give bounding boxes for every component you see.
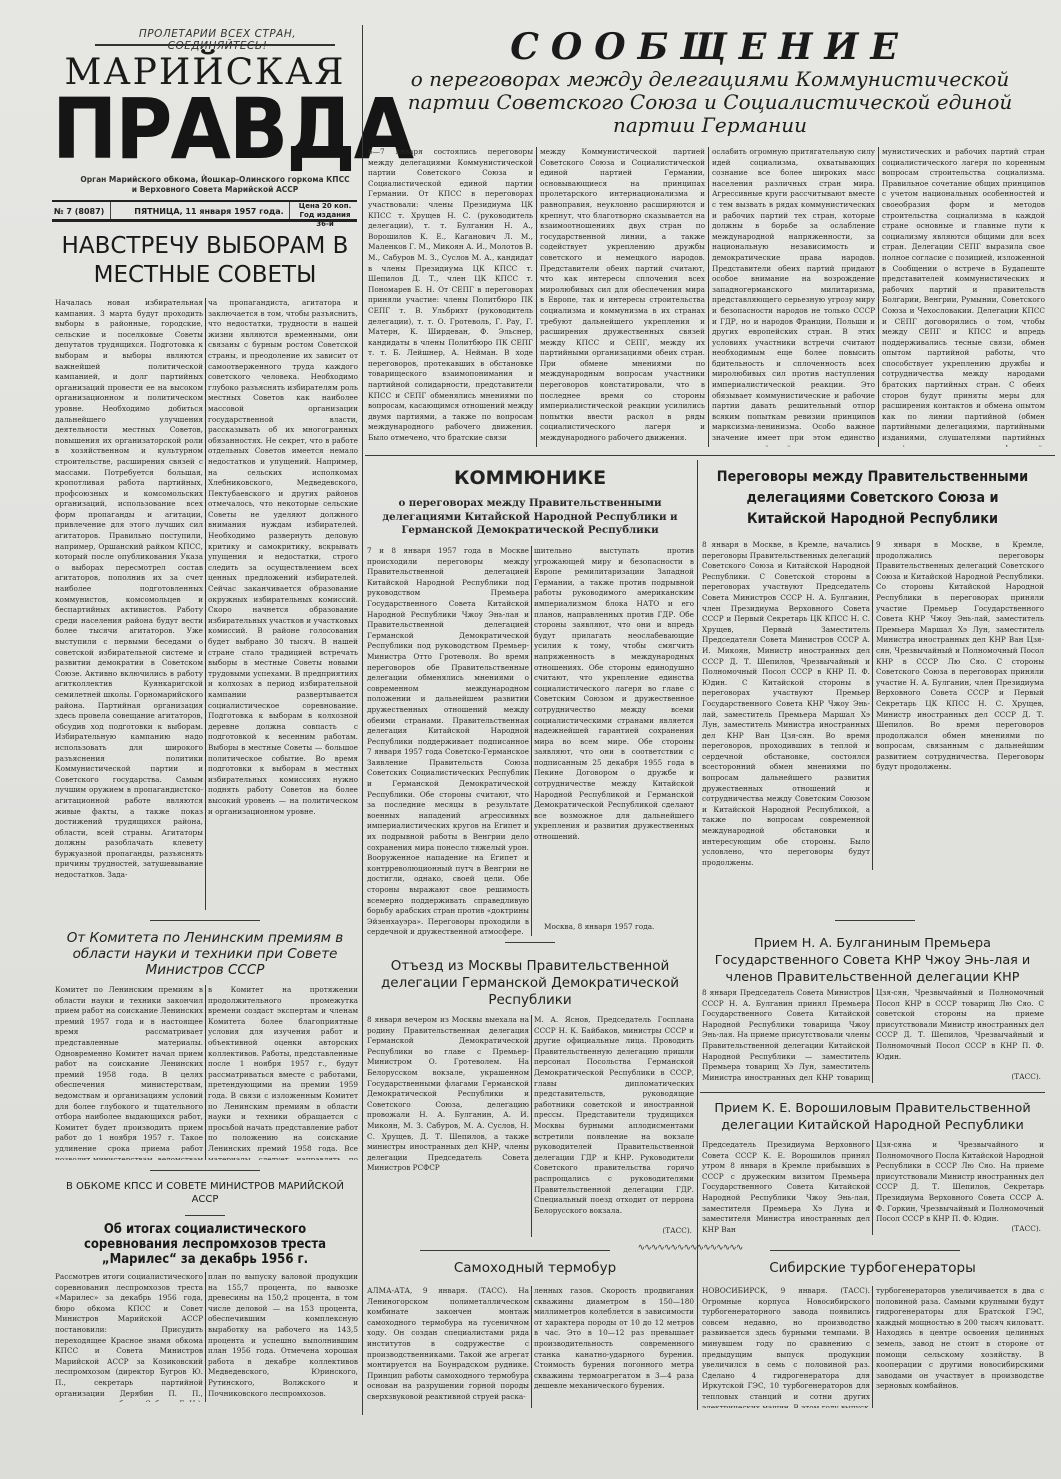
year-text: Год издания 36-й <box>300 211 351 228</box>
section-divider <box>770 1250 960 1251</box>
priem-voroshilov-headline: Прием К. Е. Ворошиловым Правительственно… <box>700 1100 1045 1134</box>
article-body: М. А. Яснов, Председатель Госплана СССР … <box>534 1015 694 1225</box>
short-divider <box>505 942 555 943</box>
column-divider <box>697 1260 698 1410</box>
soobshchenie-headline: СООБЩЕНИЕ <box>370 26 1050 68</box>
column-divider <box>205 1272 206 1402</box>
newspaper-page: ПРОЛЕТАРИИ ВСЕХ СТРАН, СОЕДИНЯЙТЕСЬ! МАР… <box>0 0 1061 1479</box>
kommunike-headline: КОММЮНИКЕ <box>365 467 695 489</box>
wavy-ornament: ∿∿∿∿∿∿∿∿∿∿∿∿∿∿∿∿ <box>610 1243 770 1253</box>
article-body: 8 января Председатель Совета Министров С… <box>702 988 870 1083</box>
priem-bulganin-headline: Прием Н. А. Булганиным Премьера Государс… <box>700 935 1045 986</box>
turbogenerators-headline: Сибирские турбогенераторы <box>700 1260 1045 1276</box>
tass-source: (ТАСС). <box>876 1072 1041 1084</box>
obkom-header: В ОБКОМЕ КПСС И СОВЕТЕ МИНИСТРОВ МАРИЙСК… <box>55 1180 355 1206</box>
article-body: между Коммунистической партией Советског… <box>540 147 705 447</box>
termobur-headline: Самоходный термобур <box>370 1260 700 1276</box>
section-divider <box>365 455 1055 456</box>
column-divider <box>708 147 709 447</box>
soobshchenie-subheadline: о переговорах между делегациями Коммунис… <box>370 68 1050 137</box>
article-body: Комитет по Ленинским премиям в области н… <box>55 985 203 1160</box>
article-body: АЛМА-АТА, 9 января. (ТАСС). На Лениногор… <box>367 1286 529 1408</box>
column-divider <box>872 988 873 1083</box>
article-body: план по выпуску валовой продукции на 155… <box>208 1272 358 1402</box>
column-divider <box>536 147 537 447</box>
article-body: Цзя-сяна и Чрезвычайного и Полномочного … <box>876 1140 1044 1222</box>
article-body: ленных газов. Скорость продвигания скваж… <box>534 1286 694 1408</box>
newspaper-title-line2: ПРАВДА <box>52 87 357 173</box>
article-body: шительно выступать против угрожающей мир… <box>534 546 694 921</box>
short-divider <box>835 920 915 921</box>
otezd-headline: Отъезд из Москвы Правительственной делег… <box>365 958 695 1009</box>
column-divider <box>878 147 879 447</box>
vybory-headline: НАВСТРЕЧУ ВЫБОРАМ В МЕСТНЫЕ СОВЕТЫ <box>55 232 355 290</box>
issue-date: ПЯТНИЦА, 11 января 1957 года. <box>134 207 284 216</box>
article-body: турбогенераторов увеличивается в два с п… <box>876 1286 1044 1408</box>
slogan-underline <box>95 44 335 46</box>
column-divider <box>205 298 206 910</box>
article-body: Рассмотрев итоги социалистического сорев… <box>55 1272 203 1402</box>
issue-number: № 7 (8087) <box>54 207 104 216</box>
column-divider <box>362 25 363 1415</box>
column-divider <box>697 460 698 1260</box>
obkom-headline: Об итогах социалистического соревнования… <box>70 1222 340 1267</box>
lenin-prize-headline: От Комитета по Ленинским премиям в облас… <box>55 930 355 978</box>
ornament-divider <box>150 1170 260 1171</box>
peregovory-headline: Переговоры между Правительственными деле… <box>714 467 1031 530</box>
price-text: Цена 20 коп. <box>299 202 351 210</box>
article-body: 8 января вечером из Москвы выехала на ро… <box>367 1015 529 1237</box>
short-divider <box>185 1215 225 1216</box>
column-divider <box>205 985 206 1160</box>
tass-source: (ТАСС). <box>534 1226 692 1238</box>
section-divider <box>420 1250 610 1251</box>
tass-source: (ТАСС). <box>876 1224 1041 1236</box>
publisher-line: Орган Марийского обкома, Йошкар-Олинског… <box>80 175 350 195</box>
ornament-divider <box>150 920 260 921</box>
column-divider <box>872 1140 873 1235</box>
article-body: НОВОСИБИРСК, 9 января. (ТАСС). Огромные … <box>702 1286 870 1408</box>
divider <box>110 202 111 219</box>
article-body: 6—7 января состоялись переговоры между д… <box>368 147 533 447</box>
article-body: Цзя-сян, Чрезвычайный и Полномочный Посо… <box>876 988 1044 1070</box>
article-body: 9 января в Москве, в Кремле, продолжалис… <box>876 540 1044 870</box>
kommunike-signoff: Москва, 8 января 1957 года. <box>534 922 694 934</box>
kommunike-subheadline: о переговорах между Правительственными д… <box>370 497 690 538</box>
article-body: Председатель Президиума Верховного Совет… <box>702 1140 870 1235</box>
column-divider <box>531 1015 532 1237</box>
article-body: в Комитет на протяжении продолжительного… <box>208 985 358 1160</box>
column-divider <box>872 1286 873 1408</box>
article-body: ча пропагандиста, агитатора и заключаетс… <box>208 298 358 910</box>
article-body: ослабить огромную притягательную силу ид… <box>712 147 875 447</box>
column-divider <box>531 546 532 936</box>
article-body: 8 января в Москве, в Кремле, начались пе… <box>702 540 870 870</box>
slogan: ПРОЛЕТАРИИ ВСЕХ СТРАН, СОЕДИНЯЙТЕСЬ! <box>95 28 340 52</box>
column-divider <box>531 1286 532 1408</box>
section-divider <box>700 1092 1045 1093</box>
divider <box>289 202 290 219</box>
article-body: 7 и 8 января 1957 года в Москве происход… <box>367 546 529 936</box>
column-divider <box>872 540 873 870</box>
issue-info-bar: № 7 (8087) ПЯТНИЦА, 11 января 1957 года.… <box>52 200 357 222</box>
article-body: Началась новая избирательная кампания. 3… <box>55 298 203 910</box>
issue-price: Цена 20 коп. Год издания 36-й <box>294 202 356 229</box>
article-body: мунистических и рабочих партий стран соц… <box>882 147 1045 447</box>
